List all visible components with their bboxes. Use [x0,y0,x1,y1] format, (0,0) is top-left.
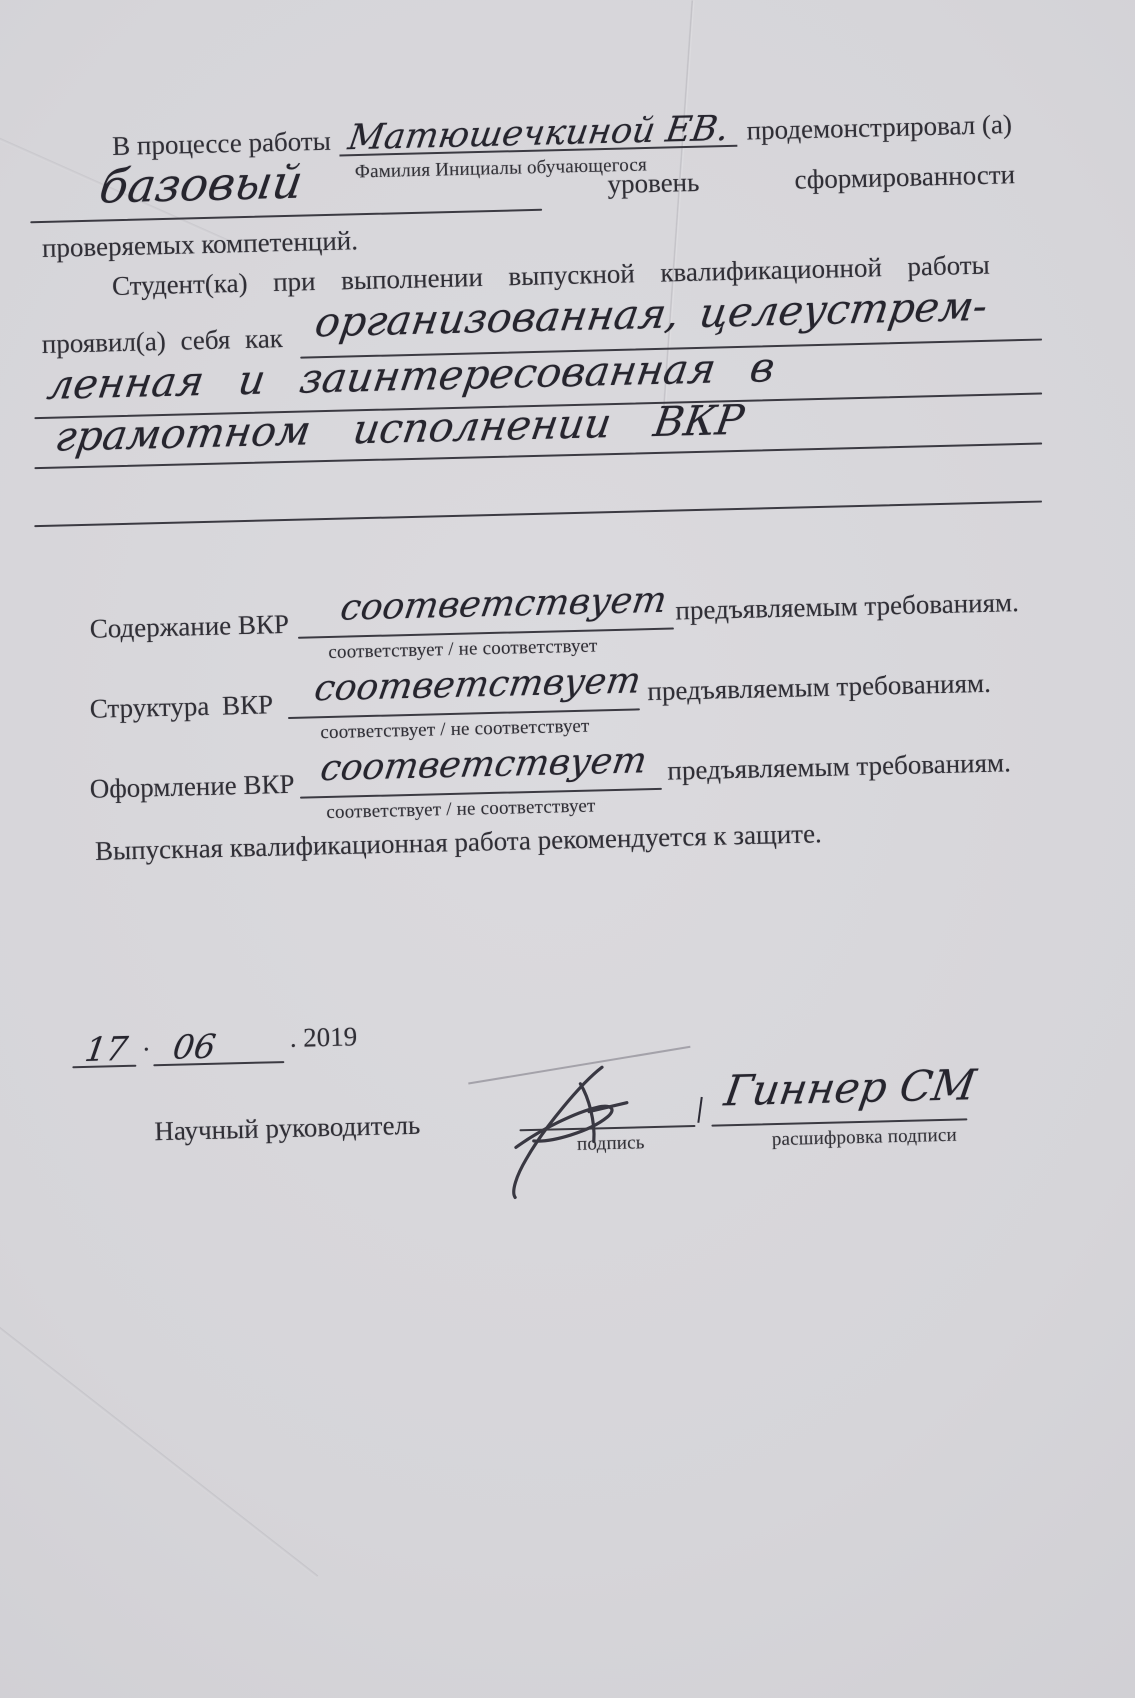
student-name-handwritten: Матюшечкиной ЕВ. [345,109,731,158]
level-word-2: сформированности [794,159,1015,195]
assessment-2-suffix: предъявляемым требованиям. [647,668,991,707]
date-row: 17 . 06 . 2019 [0,1018,500,1076]
supervisor-role-label: Научный руководитель [154,1110,421,1147]
assessment-1-suffix: предъявляемым требованиям. [675,587,1019,626]
date-dot: . [142,1026,150,1057]
assessment-2-hint: соответствует / не соответствует [320,716,590,745]
competencies-row: проверяемых компетенций. [42,225,359,264]
intro-suffix: продемонстрировал (а) [746,109,1012,146]
assessment-row-format: Оформление ВКР соответствует предъявляем… [0,738,1135,836]
paper-crease-diagonal [0,1280,318,1578]
assessment-1-handwritten: соответствует [338,580,670,629]
intro-row: В процессе работы Матюшечкиной ЕВ. проде… [111,94,1012,162]
signature-caption: подпись [556,1132,667,1157]
date-month-handwritten: 06 [170,1027,218,1067]
assessment-3-handwritten: соответствует [318,740,650,789]
conduct-underline-4 [34,501,1042,528]
assessment-3-suffix: предъявляемым требованиям. [667,747,1011,786]
assessment-3-label: Оформление ВКР [89,769,294,805]
assessment-1-label: Содержание ВКР [89,609,289,645]
assessment-3-hint: соответствует / не соответствует [326,795,596,824]
date-day-handwritten: 17 [82,1029,130,1069]
date-year: . 2019 [289,1021,357,1054]
conduct-line2-prefix: проявил(а) себя как [41,323,283,360]
signature-scribble [484,1047,688,1202]
assessment-2-label: Структура ВКР [89,689,273,724]
empty-line-row [0,472,1135,530]
competencies-text: проверяемых компетенций. [42,225,359,263]
level-handwritten: базовый [96,154,306,213]
level-word-1: уровень [607,167,700,200]
assessment-1-hint: соответствует / не соответствует [328,635,598,664]
supervisor-name-handwritten: Гиннер СМ [721,1060,979,1115]
scanned-document-page: В процессе работы Матюшечкиной ЕВ. проде… [0,0,1135,1698]
student-name-underline: Матюшечкиной ЕВ. [338,99,737,157]
ink-tick [697,1097,702,1123]
assessment-2-handwritten: соответствует [312,660,644,709]
signature-row: Научный руководитель подпись Гиннер СМ р… [0,1084,1135,1202]
assessment-3-underline [300,788,662,799]
name-decipher-caption: расшифровка подписи [772,1125,942,1151]
assessment-1-underline [298,628,674,639]
